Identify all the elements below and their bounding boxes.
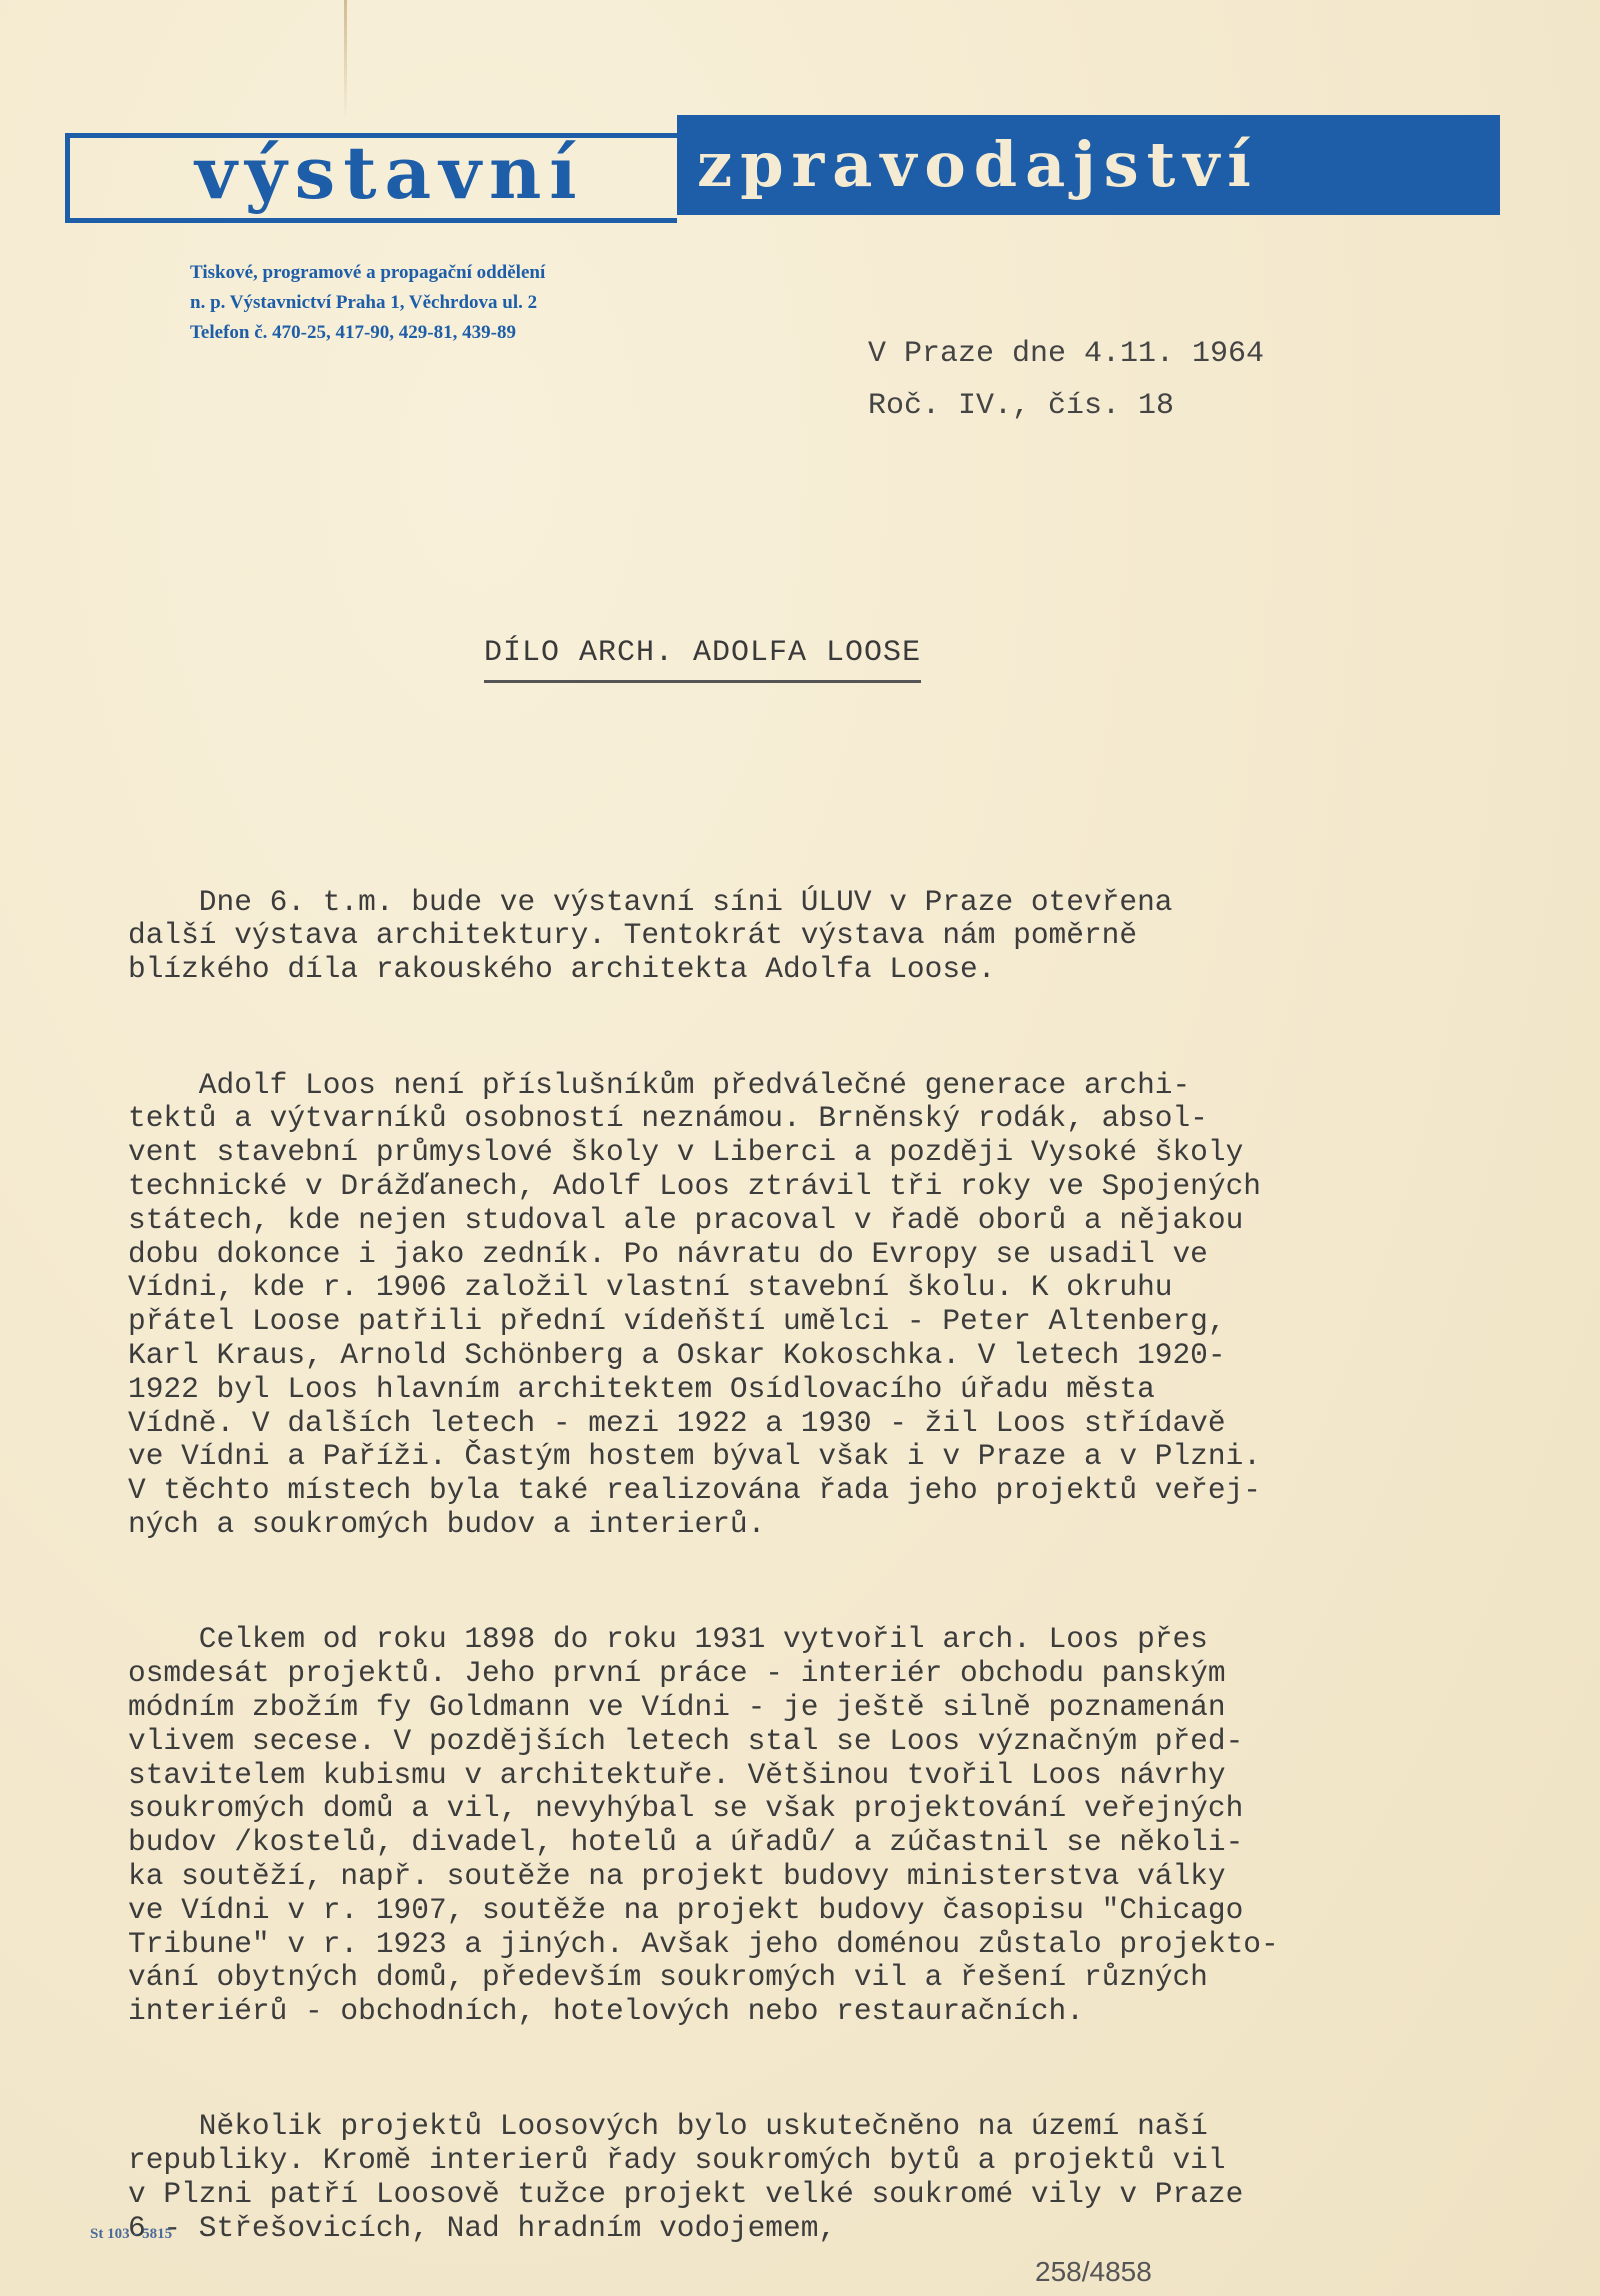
banner-title-left: výstavní	[195, 123, 675, 223]
text-line: blízkého díla rakouského architekta Adol…	[128, 953, 1488, 987]
dateline: V Praze dne 4.11. 1964 Roč. IV., čís. 18	[868, 328, 1264, 432]
text-line: republiky. Kromě interierů řady soukromý…	[128, 2144, 1488, 2178]
text-line: ných a soukromých budov a interierů.	[128, 1508, 1488, 1542]
letterhead-banner: výstavní zpravodajství	[65, 115, 1500, 225]
paragraph-2: Adolf Loos není příslušníkům předválečné…	[128, 1069, 1488, 1542]
paragraph-4: Několik projektů Loosových bylo uskutečn…	[128, 2110, 1488, 2245]
org-line-address: n. p. Výstavnictví Praha 1, Věchrdova ul…	[190, 288, 545, 318]
paragraph-3: Celkem od roku 1898 do roku 1931 vytvoři…	[128, 1623, 1488, 2029]
text-line: soukromých domů a vil, nevyhýbal se však…	[128, 1792, 1488, 1826]
text-line: v Plzni patří Loosově tužce projekt velk…	[128, 2178, 1488, 2212]
text-line: ve Vídni a Paříži. Častým hostem býval v…	[128, 1440, 1488, 1474]
text-line: Vídně. V dalších letech - mezi 1922 a 19…	[128, 1407, 1488, 1441]
text-line: 1922 byl Loos hlavním architektem Osídlo…	[128, 1373, 1488, 1407]
text-line: Vídni, kde r. 1906 založil vlastní stave…	[128, 1271, 1488, 1305]
text-line: osmdesát projektů. Jeho první práce - in…	[128, 1657, 1488, 1691]
document-title: DÍLO ARCH. ADOLFA LOOSE	[484, 636, 921, 683]
text-line: přátel Loose patřili přední vídeňští umě…	[128, 1305, 1488, 1339]
text-line: vlivem secese. V pozdějších letech stal …	[128, 1725, 1488, 1759]
text-line: vent stavební průmyslové školy v Liberci…	[128, 1136, 1488, 1170]
organization-info: Tiskové, programové a propagační oddělen…	[190, 258, 545, 348]
org-line-department: Tiskové, programové a propagační oddělen…	[190, 258, 545, 288]
text-line: ve Vídni v r. 1907, soutěže na projekt b…	[128, 1894, 1488, 1928]
text-line: Celkem od roku 1898 do roku 1931 vytvoři…	[128, 1623, 1488, 1657]
reference-number: 258/4858	[1035, 2256, 1152, 2288]
print-code: St 103 - 5815	[90, 2226, 172, 2243]
text-line: státech, kde nejen studoval ale pracoval…	[128, 1204, 1488, 1238]
paragraph-1: Dne 6. t.m. bude ve výstavní síni ÚLUV v…	[128, 886, 1488, 987]
text-line: módním zbožím fy Goldmann ve Vídni - je …	[128, 1691, 1488, 1725]
issue-text: Roč. IV., čís. 18	[868, 380, 1264, 432]
text-line: ka soutěží, např. soutěže na projekt bud…	[128, 1860, 1488, 1894]
text-line: 6 - Střešovicích, Nad hradním vodojemem,	[128, 2212, 1488, 2246]
text-line: Několik projektů Loosových bylo uskutečn…	[128, 2110, 1488, 2144]
text-line: Tribune" v r. 1923 a jiných. Avšak jeho …	[128, 1928, 1488, 1962]
text-line: vání obytných domů, především soukromých…	[128, 1961, 1488, 1995]
text-line: Karl Kraus, Arnold Schönberg a Oskar Kok…	[128, 1339, 1488, 1373]
text-line: V těchto místech byla také realizována ř…	[128, 1474, 1488, 1508]
text-line: Dne 6. t.m. bude ve výstavní síni ÚLUV v…	[128, 886, 1488, 920]
text-line: technické v Drážďanech, Adolf Loos ztráv…	[128, 1170, 1488, 1204]
text-line: budov /kostelů, divadel, hotelů a úřadů/…	[128, 1826, 1488, 1860]
text-line: tektů a výtvarníků osobností neznámou. B…	[128, 1102, 1488, 1136]
paper-crease	[344, 0, 347, 120]
banner-title-right: zpravodajství	[677, 115, 1500, 215]
text-line: interiérů - obchodních, hotelových nebo …	[128, 1995, 1488, 2029]
date-text: V Praze dne 4.11. 1964	[868, 328, 1264, 380]
text-line: dobu dokonce i jako zedník. Po návratu d…	[128, 1238, 1488, 1272]
text-line: další výstava architektury. Tentokrát vý…	[128, 919, 1488, 953]
text-line: stavitelem kubismu v architektuře. Větši…	[128, 1759, 1488, 1793]
org-line-phone: Telefon č. 470-25, 417-90, 429-81, 439-8…	[190, 318, 545, 348]
document-body: Dne 6. t.m. bude ve výstavní síni ÚLUV v…	[128, 818, 1488, 2293]
text-line: Adolf Loos není příslušníkům předválečné…	[128, 1069, 1488, 1103]
